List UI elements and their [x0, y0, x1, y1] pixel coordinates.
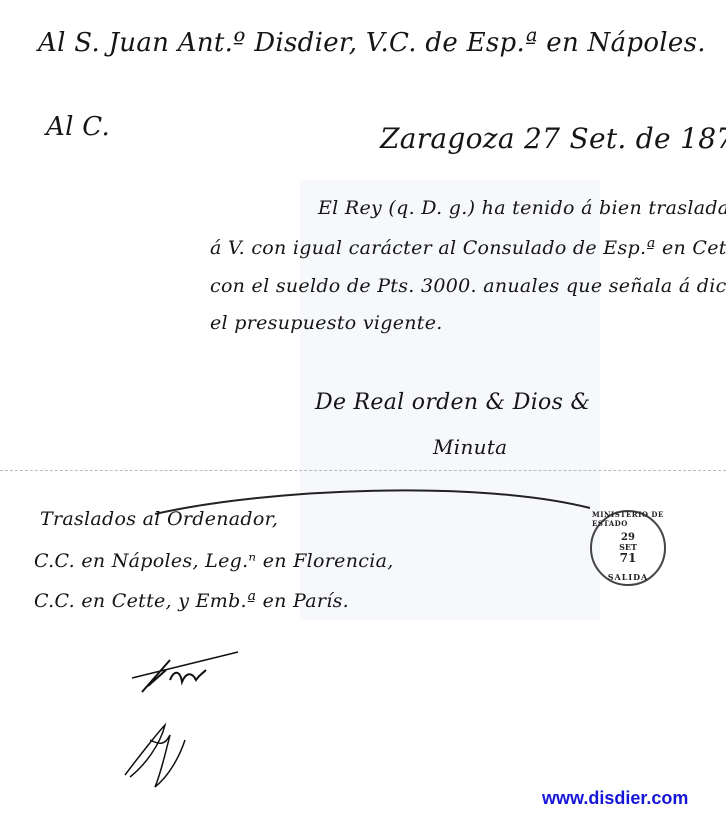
salutation: Al C. — [46, 112, 110, 142]
ministry-stamp: MINISTERIO DE ESTADO 29 SET 71 SALIDA — [590, 510, 666, 586]
stamp-ring-top: MINISTERIO DE ESTADO — [592, 510, 664, 528]
note-line-3: C.C. en Cette, y Emb.ª en París. — [34, 590, 349, 612]
note-line-2: C.C. en Nápoles, Leg.ⁿ en Florencia, — [34, 550, 394, 572]
fold-line — [0, 470, 726, 471]
body-line-2: á V. con igual carácter al Consulado de … — [210, 237, 726, 259]
note-line-1: Traslados al Ordenador, — [40, 508, 278, 530]
body-line-1: El Rey (q. D. g.) ha tenido á bien trasl… — [318, 197, 726, 219]
place-date: Zaragoza 27 Set. de 1871 — [380, 122, 726, 155]
stamp-day: 29 — [621, 533, 635, 543]
body-line-3: con el sueldo de Pts. 3000. anuales que … — [210, 275, 726, 297]
addressee-line: Al S. Juan Ant.º Disdier, V.C. de Esp.ª … — [38, 28, 706, 58]
stamp-year: 71 — [620, 552, 637, 564]
website-watermark: www.disdier.com — [542, 788, 688, 809]
rubric-initials-2-icon — [120, 715, 230, 795]
rubric-initials-1-icon — [130, 650, 250, 700]
stamp-ring-bottom: SALIDA — [608, 572, 649, 582]
body-line-4: el presupuesto vigente. — [210, 312, 443, 334]
signature-formula: De Real orden & Dios & — [315, 390, 590, 415]
minuta-label: Minuta — [433, 435, 507, 459]
